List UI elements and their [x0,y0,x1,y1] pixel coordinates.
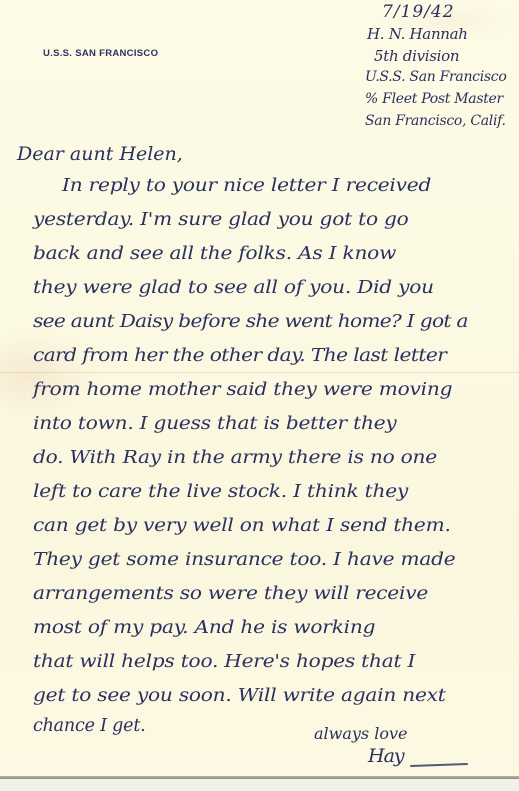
body-line: they were glad to see all of you. Did yo… [33,278,434,298]
fold-line [0,372,519,373]
sender-ship: U.S.S. San Francisco [365,69,506,85]
letter-date: 7/19/42 [382,2,455,22]
body-line: that will helps too. Here's hopes that I [33,652,415,672]
letterhead: U.S.S. SAN FRANCISCO [43,48,158,59]
body-line: left to care the live stock. I think the… [33,482,408,502]
body-line: get to see you soon. Will write again ne… [33,686,446,706]
body-line: yesterday. I'm sure glad you got to go [33,210,409,230]
sender-division: 5th division [374,47,459,65]
body-line: can get by very well on what I send them… [33,516,451,536]
salutation: Dear aunt Helen, [17,143,183,165]
sender-name: H. N. Hannah [367,25,468,43]
sender-post-master: % Fleet Post Master [365,91,503,107]
body-line: from home mother said they were moving [33,380,452,400]
body-line: most of my pay. And he is working [33,618,375,638]
body-line: card from her the other day. The last le… [33,346,446,366]
body-line: see aunt Daisy before she went home? I g… [33,312,468,332]
signature-flourish [410,763,468,767]
signature: Hay [368,745,404,767]
body-line: back and see all the folks. As I know [33,244,396,264]
paper-stain [0,330,100,420]
sender-city: San Francisco, Calif. [365,113,506,129]
closing: always love [314,724,407,743]
background-surface [0,779,519,791]
body-line: chance I get. [33,716,146,736]
body-line: They get some insurance too. I have made [33,550,455,570]
body-line: arrangements so were they will receive [33,584,428,604]
letter-paper: U.S.S. SAN FRANCISCO 7/19/42 H. N. Hanna… [0,0,519,778]
body-line: In reply to your nice letter I received [62,176,431,196]
body-line: do. With Ray in the army there is no one [33,448,437,468]
body-line: into town. I guess that is better they [33,414,397,434]
